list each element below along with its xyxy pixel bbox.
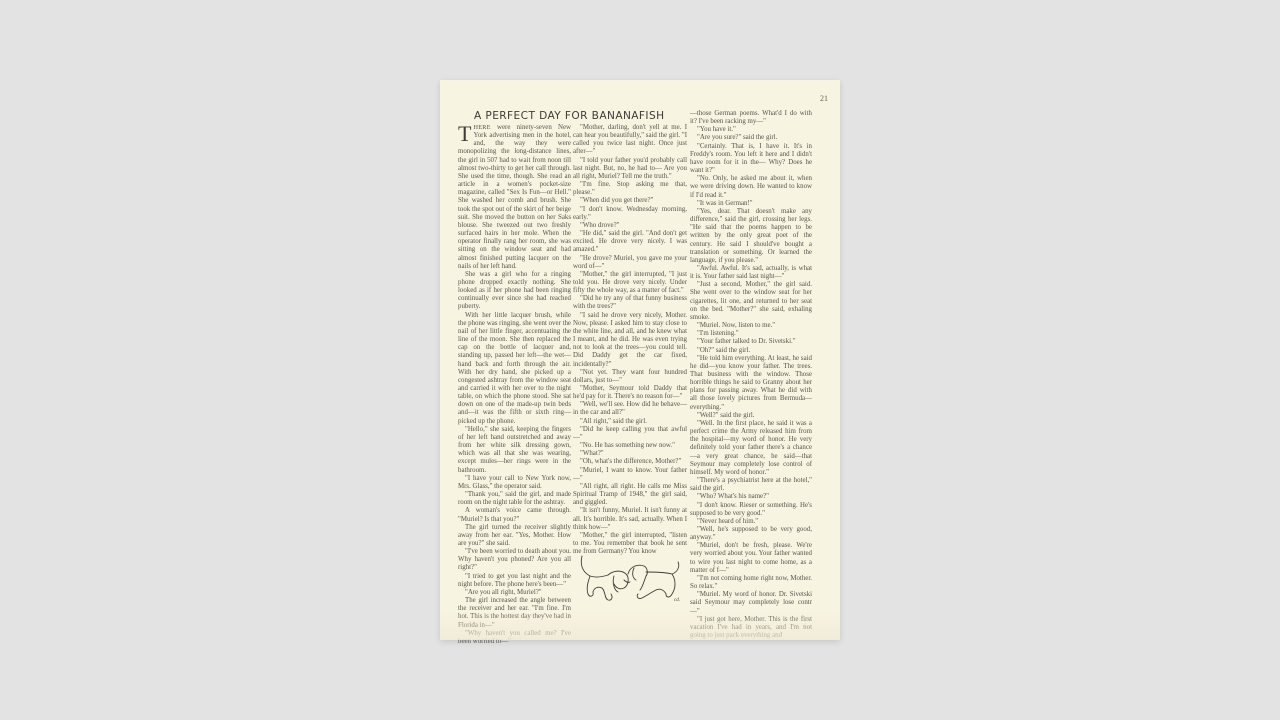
column-3-body: —those German poems. What'd I do with it… — [690, 110, 812, 640]
paragraph: "Never heard of him." — [690, 518, 812, 526]
paragraph: "Thank you," said the girl, and made roo… — [458, 491, 571, 507]
text-column-2: "Mother, darling, don't yell at me. I ca… — [573, 124, 687, 556]
paragraph: "Are you sure?" said the girl. — [690, 134, 812, 142]
paragraph: "I'm fine. Stop asking me that, please." — [573, 181, 687, 197]
paragraph: "I told your father you'd probably call … — [573, 157, 687, 181]
paragraph: "Did he keep calling you that awful—" — [573, 426, 687, 442]
paragraph: "When did you get there?" — [573, 197, 687, 205]
paragraph: "No. He has something new now." — [573, 442, 687, 450]
paragraph: "Just a second, Mother," the girl said. … — [690, 281, 812, 322]
paragraph: "Mother, darling, don't yell at me. I ca… — [573, 124, 687, 157]
column-2-body: "Mother, darling, don't yell at me. I ca… — [573, 124, 687, 556]
paragraph: "I'm listening." — [690, 330, 812, 338]
paragraph: "Certainly. That is, I have it. It's in … — [690, 143, 812, 176]
paragraph: "Who drove?" — [573, 222, 687, 230]
paragraph: "I'm not coming home right now, Mother. … — [690, 575, 812, 591]
paragraph: —those German poems. What'd I do with it… — [690, 110, 812, 126]
page-number: 21 — [820, 94, 828, 103]
paragraph: "Mother," the girl interrupted, "I just … — [573, 271, 687, 295]
paragraph: "Oh, what's the difference, Mother?" — [573, 458, 687, 466]
paragraph: "Well, he's supposed to be very good, an… — [690, 526, 812, 542]
paragraph: "Oh?" said the girl. — [690, 347, 812, 355]
opening-paragraph: THERE were ninety-seven New York adverti… — [458, 124, 571, 271]
puppies-illustration: cd. — [576, 550, 686, 605]
text-column-3: —those German poems. What'd I do with it… — [690, 110, 812, 640]
drop-cap: T — [458, 125, 471, 143]
paper-edge — [440, 610, 840, 640]
paragraph: "All right, all right. He calls me Miss … — [573, 483, 687, 507]
paragraph: She was a girl who for a ringing phone d… — [458, 271, 571, 312]
story-title: A PERFECT DAY FOR BANANAFISH — [474, 110, 664, 122]
paragraph: "I tried to get you last night and the n… — [458, 573, 571, 589]
paragraph: "Muriel, I want to know. Your father—" — [573, 467, 687, 483]
paragraph: "Who? What's his name?" — [690, 493, 812, 501]
paragraph: "Yes, dear. That doesn't make any differ… — [690, 208, 812, 265]
paragraph: "Hello," she said, keeping the fingers o… — [458, 426, 571, 475]
paragraph: A woman's voice came through. "Muriel? I… — [458, 507, 571, 523]
paragraph: "He drove? Muriel, you gave me your word… — [573, 255, 687, 271]
paragraph: "Muriel, don't be fresh, please. We're v… — [690, 542, 812, 575]
paragraph-text: were ninety-seven New York advertising m… — [458, 124, 571, 270]
paragraph: "There's a psychiatrist here at the hote… — [690, 477, 812, 493]
paragraph: "All right," said the girl. — [573, 418, 687, 426]
paragraph: "Your father talked to Dr. Sivetski." — [690, 338, 812, 346]
paragraph: "Did he try any of that funny business w… — [573, 295, 687, 311]
paragraph: With her little lacquer brush, while the… — [458, 312, 571, 426]
paragraph: "No. Only, he asked me about it, when we… — [690, 175, 812, 199]
text-column-1: THERE were ninety-seven New York adverti… — [458, 124, 571, 646]
paragraph: "What?" — [573, 450, 687, 458]
paragraph: "I don't know. Rieser or something. He's… — [690, 502, 812, 518]
paragraph: "It isn't funny, Muriel. It isn't funny … — [573, 507, 687, 531]
paragraph: "He did," said the girl. "And don't get … — [573, 230, 687, 254]
paragraph: "You have it." — [690, 126, 812, 134]
paragraph: "It was in German!" — [690, 200, 812, 208]
paragraph: "He told him everything. At least, he sa… — [690, 355, 812, 412]
paragraph: "Awful. Awful. It's sad, actually, is wh… — [690, 265, 812, 281]
paragraph: "I have your call to New York now, Mrs. … — [458, 475, 571, 491]
paragraph: "Well. In the first place, he said it wa… — [690, 420, 812, 477]
paragraph: "Not yet. They want four hundred dollars… — [573, 369, 687, 385]
column-1-body: She was a girl who for a ringing phone d… — [458, 271, 571, 646]
paragraph: "Mother, Seymour told Daddy that he'd pa… — [573, 385, 687, 401]
opening-word: HERE — [473, 124, 490, 131]
paragraph: The girl turned the receiver slightly aw… — [458, 524, 571, 548]
paragraph: "Well?" said the girl. — [690, 412, 812, 420]
paragraph: "Muriel. Now, listen to me." — [690, 322, 812, 330]
magazine-page: 21 A PERFECT DAY FOR BANANAFISH THERE we… — [440, 80, 840, 640]
artist-signature: cd. — [674, 598, 680, 603]
paragraph: "I said he drove very nicely, Mother. No… — [573, 312, 687, 369]
paragraph: "I don't know. Wednesday morning, early.… — [573, 206, 687, 222]
paragraph: "Well, we'll see. How did he behave—in t… — [573, 401, 687, 417]
paragraph: "I've been worried to death about you. W… — [458, 548, 571, 572]
paragraph: "Are you all right, Muriel?" — [458, 589, 571, 597]
